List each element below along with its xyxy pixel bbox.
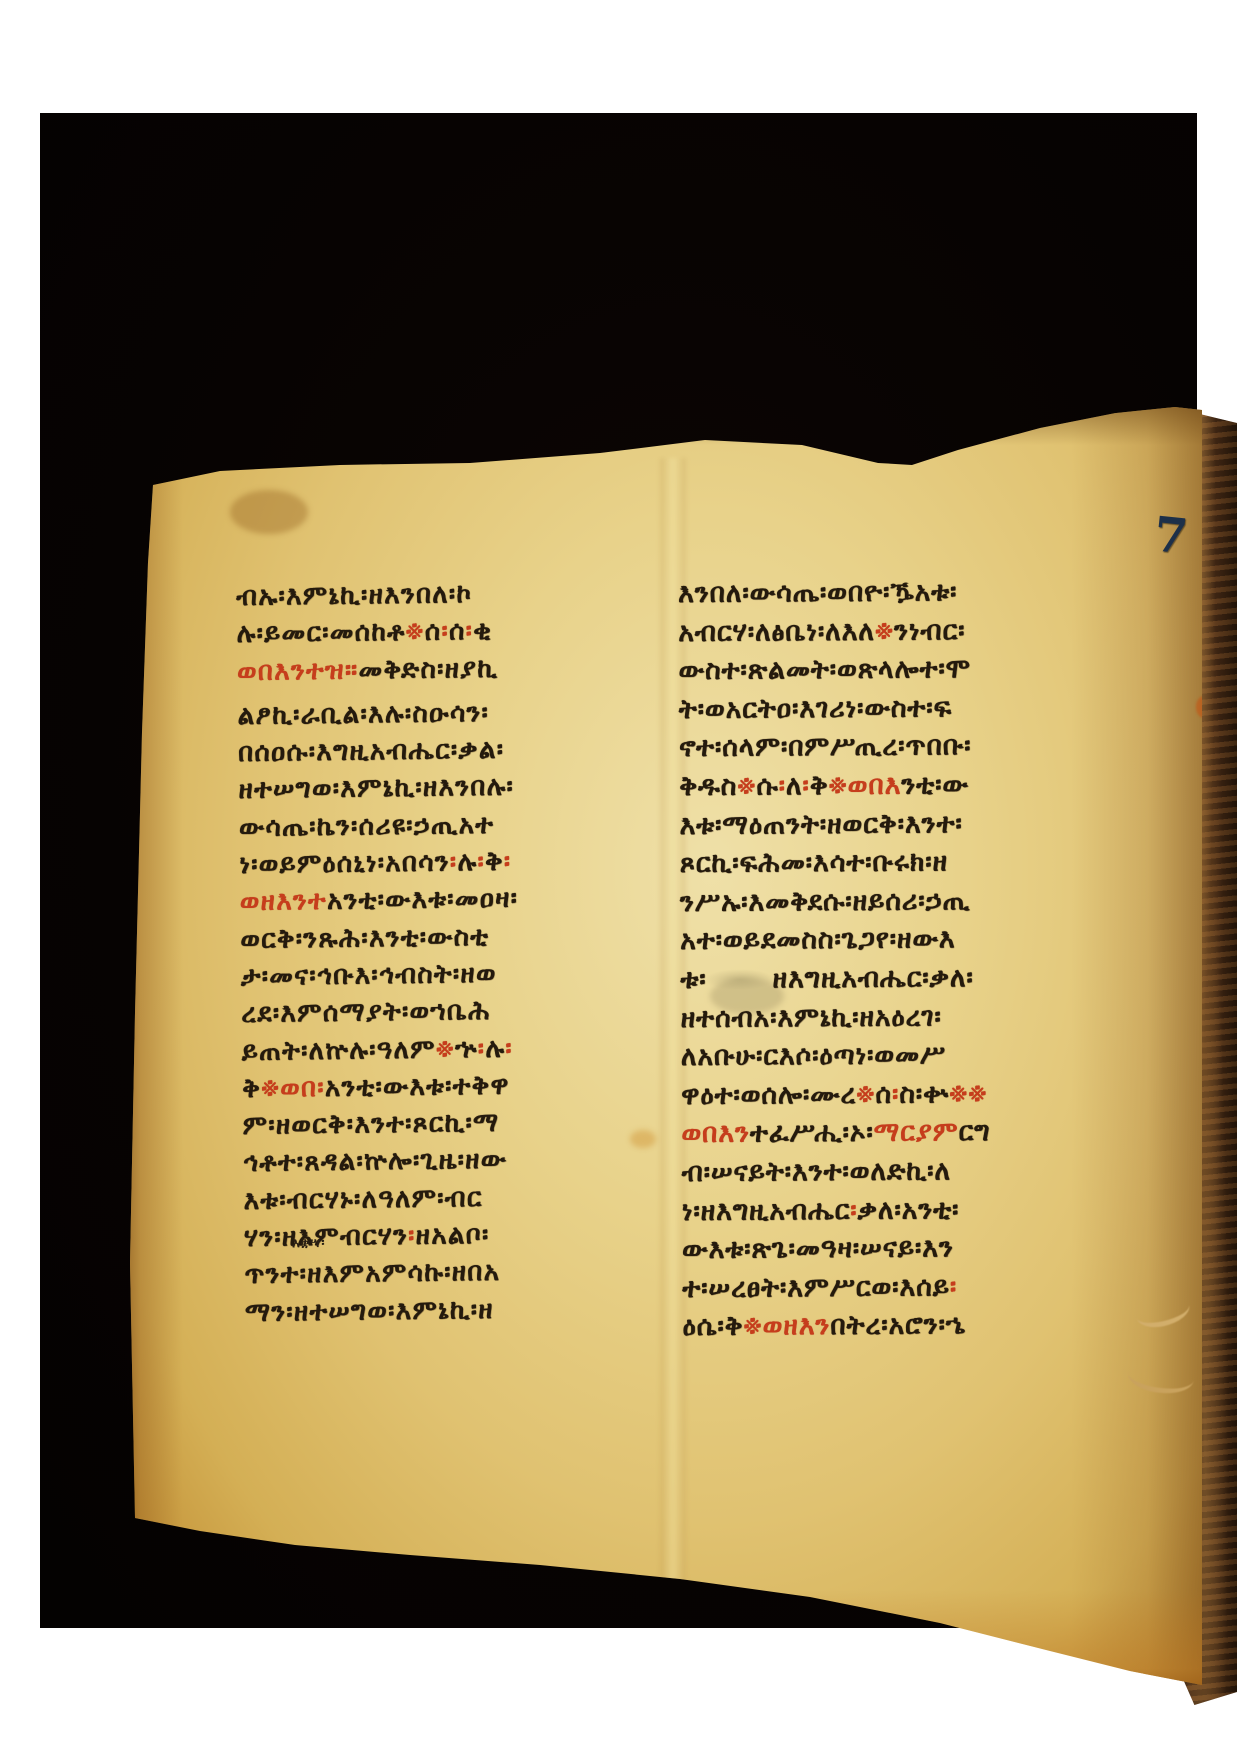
rubric-segment: ወበእንተዝ። [237,655,359,686]
text-line: ዕሴ፡ቅ፠ወዘእንበትረ፡አሮን፡ኄ [682,1305,1182,1347]
text-segment: ለአቡሁ፡ርእሶ፡ዕጣነ፡ወመሥ [681,1039,946,1072]
text-segment: አብርሃ፡ለፅቤነ፡ለእለ [678,615,875,647]
text-segment: እቱ፡ብርሃኑ፡ለዓለም፡ብር [243,1183,482,1216]
erased-gap [707,970,773,990]
text-line: ብ፡ሠናይት፡እንተ፡ወለድኪ፡ለ [682,1151,1182,1193]
text-segment: ይጠት፡ለኵሉ፡ዓለም [242,1034,436,1066]
text-segment: ቃለ፡አንቲ፡ [858,1194,960,1226]
text-segment: ጾርኪ፡ፍሕመ፡እሳተ፡ቡሩክ፡ዘ [680,847,948,880]
text-segment: ዋዕተ፡ወሰሎ፡ሙረ [681,1079,856,1111]
text-segment: ማን፡ዘተሠግወ፡እምኔኪ፡ዘ [245,1295,494,1328]
text-segment: ውሳጤ፡ኬን፡ሰሪዩ፡ኃጢአተ [239,810,495,843]
text-segment: ረደ፡እምሰማያት፡ወኀቤሕ [241,996,491,1029]
rubric-segment: ፡ [950,1271,957,1302]
photo-black-backdrop: ብኡ፡እምኔኪ፡ዘእንበለ፡ኮሉ፡ይመር፡መሰከቶ፠ሰ፡ሰ፡ቂወበእንተዝ።መቅ… [40,113,1197,1628]
text-line: ኖተ፡ሰላም፡በምሥጢረ፡ጥበቡ፡ [679,726,1179,768]
folio-number: 7 [1151,506,1190,565]
text-segment: ኖተ፡ሰላም፡በምሥጢረ፡ጥበቡ፡ [679,731,972,764]
text-segment: ዘተሠግወ፡እምኔኪ፡ዘእንበሉ፡ [238,772,514,805]
text-segment: አንቲ፡ውእቱ፡ተቅዋ [325,1071,510,1103]
text-column-right: እንበለ፡ውሳጤ፡ወበዮ፡ዄአቱ፡አብርሃ፡ለፅቤነ፡ለእለ፠ንነብር፡ውስተ፡… [678,572,1183,1347]
text-segment: እቱ፡ማዕጠንት፡ዘወርቅ፡እንተ፡ [679,808,962,841]
text-segment: ት፡ወአርትዐ፡እገሪነ፡ውስተ፡ፍ [679,692,952,725]
text-segment: ታ፡መና፡ኅቡእ፡ኅብስት፡ዘወ [241,959,497,992]
text-line: ተ፡ሠረፀት፡እምሥርወ፡እሰይ፡ [682,1267,1182,1309]
text-segment: ዕሴ፡ቅ [682,1311,743,1342]
text-line: በሰዐሱ፡እግዚአብሔር፡ቃል፡ [238,730,678,773]
text-line: ልፆኪ፡ራቢል፡እሉ፡ስዑሳን፡ [237,693,677,736]
text-line: ቅ፠ወበ፡አንቲ፡ውእቱ፡ተቅዋ [242,1065,682,1108]
text-line: ነ፡ዘእግዚአብሔር፡ቃለ፡አንቲ፡ [682,1189,1182,1231]
text-column-left: ብኡ፡እምኔኪ፡ዘእንበለ፡ኮሉ፡ይመር፡መሰከቶ፠ሰ፡ሰ፡ቂወበእንተዝ።መቅ… [236,574,685,1332]
rubric-segment: ፠ወበእ [828,770,901,801]
text-line: ረደ፡እምሰማያት፡ወኀቤሕ [241,991,681,1034]
text-segment: ነ፡ወይምዕሰኒነ፡አበሳን [239,847,450,880]
text-segment: ርግ [959,1116,991,1147]
text-line: ት፡ወአርትዐ፡እገሪነ፡ውስተ፡ፍ [679,688,1179,730]
text-line: ም፡ዘወርቅ፡እንተ፡ጾርኪ፡ማ [242,1103,682,1146]
text-line: ጾርኪ፡ፍሕመ፡እሳተ፡ቡሩክ፡ዘ [680,842,1180,884]
text-line: እቱ፡ማዕጠንት፡ዘወርቅ፡እንተ፡ [679,804,1179,846]
rubric-segment: ወዘእንተ [240,886,327,917]
text-segment: አተ፡ወይደመስስ፡ጌጋየ፡ዘውእ [680,924,956,957]
text-segment: ሱ [756,770,778,801]
text-line: ወበእንተዝ።መቅድስ፡ዘያኪ [237,648,677,691]
text-line: ዘተሰብአ፡እምኔኪ፡ዘአዕረገ፡ [681,996,1181,1038]
text-segment: ቅ [485,847,504,877]
text-line: ማን፡ዘተሠግወ፡እምኔኪ፡ዘ [245,1289,685,1332]
rubric-segment: ፠፠ [949,1078,988,1109]
text-line: ብኡ፡እምኔኪ፡ዘእንበለ፡ኮ [236,574,676,617]
text-segment: ም፡ዘወርቅ፡እንተ፡ጾርኪ፡ማ [243,1108,500,1141]
text-segment: በትረ፡አሮን፡ኄ [830,1310,966,1342]
rubric-segment: ፠ [875,615,894,646]
text-line: ወርቅ፡ንጹሕ፡እንቲ፡ውስቲ [240,916,680,959]
rubric-segment: ፡ [505,1033,513,1063]
text-segment: ቱ፡ [680,964,706,995]
rubric-segment: ፠ [436,1034,456,1064]
text-segment: ሉ፡ይመር፡መሰከቶ [236,617,405,649]
text-line: ዘተሠግወ፡እምኔኪ፡ዘእንበሉ፡ [238,767,678,810]
text-line: ቅዱስ፠ሱ፡ለ፡ቅ፠ወበእንቲ፡ው [679,765,1179,807]
rubric-segment: ፠ [405,617,425,647]
text-segment: ቅዱስ [679,771,737,802]
rubric-segment: ፠ወዘእን [743,1310,830,1342]
text-segment: መቅድስ፡ዘያኪ [358,653,498,685]
rubric-segment: ወበእን [681,1118,750,1149]
text-line: ወዘእንተአንቲ፡ውእቱ፡መዐዛ፡ [240,879,680,922]
text-segment: ሉ [457,847,477,877]
text-segment: አንቲ፡ውእቱ፡መዐዛ፡ [327,884,519,916]
text-segment: ነ፡ዘእግዚአብሔር [682,1194,851,1226]
text-segment: ወርቅ፡ንጹሕ፡እንቲ፡ውስቲ [240,922,489,955]
text-segment: ውስተ፡ጽልመት፡ወጽላሎተ፡ሞ [678,653,971,686]
text-line: ታ፡መና፡ኅቡእ፡ኅብስት፡ዘወ [241,954,681,997]
text-segment: ሰ [449,616,466,646]
text-segment: ቅ [242,1074,261,1104]
rubric-segment: ማርያም [874,1117,959,1149]
text-line: ንሥኡ፡እመቅደሱ፡ዘይሰሪ፡ኃጢ [680,881,1180,923]
text-segment: ብ፡ሠናይት፡እንተ፡ወለድኪ፡ለ [682,1155,951,1188]
text-segment: ንቲ፡ው [901,769,969,800]
text-segment: ሰ [875,1078,892,1109]
text-line: እቱ፡ብርሃኑ፡ለዓለም፡ብር [243,1177,683,1220]
rubric-segment: ፠ [737,770,756,801]
text-segment: ቅ [810,770,829,801]
text-segment: ቂ [473,616,492,646]
text-segment: ሰ [425,617,442,647]
rubric-segment: ፠ [856,1079,875,1110]
rubric-segment: ፡ [504,847,512,877]
text-segment: ውእቱ፡ጽጌ፡መዓዛ፡ሠናይ፡እን [682,1232,954,1265]
text-segment: ዘተሰብአ፡እምኔኪ፡ዘአዕረገ፡ [681,1001,942,1034]
text-segment: ኅቶተ፡ጸዳል፡ኵሎ፡ጊዜ፡ዘው [243,1145,507,1178]
text-line: ውሳጤ፡ኬን፡ሰሪዩ፡ኃጢአተ [239,804,679,847]
text-line: ቱ፡ዘእግዚአብሔር፡ቃለ፡ [680,958,1180,1000]
text-line: ወበእንተፈሥሒ፡ኦ፡ማርያምርግ [681,1112,1181,1154]
interlinear-note: እቋሣ፡ [292,1236,326,1252]
text-segment: ጥንተ፡ዘእምአምሳኩ፡ዘበአ [244,1257,500,1290]
stain [230,490,308,534]
scanned-page-canvas: { "folio_number": "7", "interlinear_note… [0,0,1238,1753]
text-segment: ሉ [485,1033,505,1063]
text-line: ለአቡሁ፡ርእሶ፡ዕጣነ፡ወመሥ [681,1035,1181,1077]
text-segment: ልፆኪ፡ራቢል፡እሉ፡ስዑሳን፡ [237,698,489,731]
text-segment: በሰዐሱ፡እግዚአብሔር፡ቃል፡ [238,735,505,768]
text-segment: ንነብር፡ [894,615,966,646]
text-line: ኅቶተ፡ጸዳል፡ኵሎ፡ጊዜ፡ዘው [243,1140,683,1183]
text-segment: ዘእግዚአብሔር፡ቃለ፡ [773,962,974,994]
text-line: አተ፡ወይደመስስ፡ጌጋየ፡ዘውእ [680,919,1180,961]
text-segment: ሃን፡ዘእምብርሃን [244,1221,408,1253]
text-line: እንበለ፡ውሳጤ፡ወበዮ፡ዄአቱ፡ [678,572,1178,614]
text-line: ነ፡ወይምዕሰኒነ፡አበሳን፡ሉ፡ቅ፡ [239,842,679,885]
text-segment: ንሥኡ፡እመቅደሱ፡ዘይሰሪ፡ኃጢ [680,885,971,918]
text-segment: ተ፡ሠረፀት፡እምሥርወ፡እሰይ [682,1271,950,1304]
text-segment: ለ [786,770,803,801]
text-line: ውስተ፡ጽልመት፡ወጽላሎተ፡ሞ [678,649,1178,691]
text-segment: ተፈሥሒ፡ኦ፡ [750,1117,874,1149]
text-segment: እንበለ፡ውሳጤ፡ወበዮ፡ዄአቱ፡ [678,576,957,609]
text-line: ዋዕተ፡ወሰሎ፡ሙረ፠ሰ፡ስ፡ቍ፠፠ [681,1074,1181,1116]
text-line: አብርሃ፡ለፅቤነ፡ለእለ፠ንነብር፡ [678,611,1178,653]
text-segment: ኍ [455,1034,478,1064]
text-segment: ዘአልቦ፡ [416,1220,490,1251]
rubric-segment: ፠ወበ፡ [261,1073,325,1104]
text-line: ይጠት፡ለኵሉ፡ዓለም፠ኍ፡ሉ፡ [242,1028,682,1071]
text-line: ጥንተ፡ዘእምአምሳኩ፡ዘበአ [244,1252,684,1295]
text-segment: ብኡ፡እምኔኪ፡ዘእንበለ፡ኮ [236,579,472,612]
manuscript-page: ብኡ፡እምኔኪ፡ዘእንበለ፡ኮሉ፡ይመር፡መሰከቶ፠ሰ፡ሰ፡ቂወበእንተዝ።መቅ… [112,398,1202,1708]
text-segment: ስ፡ቍ [899,1078,949,1109]
text-line: ውእቱ፡ጽጌ፡መዓዛ፡ሠናይ፡እን [682,1228,1182,1270]
text-line: ሉ፡ይመር፡መሰከቶ፠ሰ፡ሰ፡ቂ [236,611,676,654]
